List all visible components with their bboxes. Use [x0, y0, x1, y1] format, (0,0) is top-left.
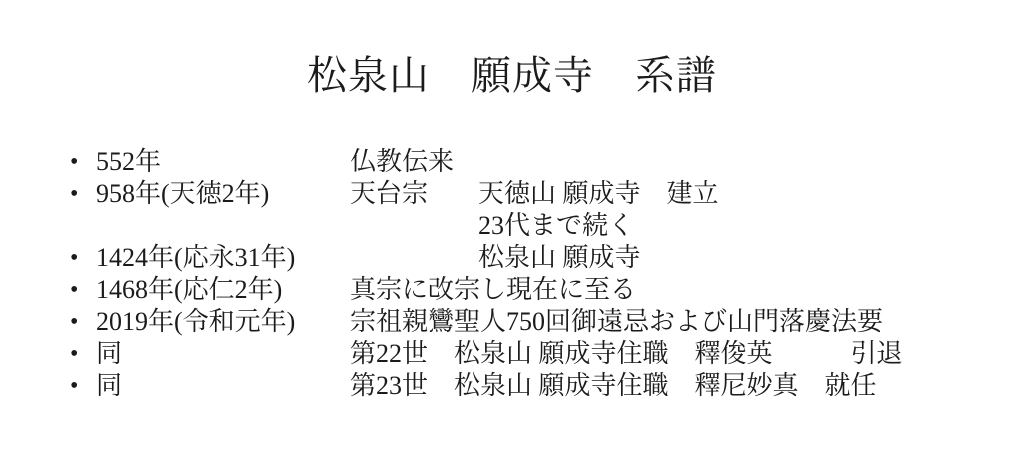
- timeline-detail: 松泉山 願成寺: [478, 243, 641, 272]
- timeline-list: • 552年 仏教伝来 • 958年(天徳2年) 天台宗天徳山 願成寺 建立 2…: [0, 146, 1024, 402]
- timeline-desc: 松泉山 願成寺: [350, 242, 1024, 274]
- timeline-sect: 天台宗: [350, 178, 478, 210]
- timeline-row: • 2019年(令和元年) 宗祖親鸞聖人750回御遠忌および山門落慶法要: [0, 306, 1024, 338]
- timeline-year: 同: [96, 370, 350, 402]
- timeline-row: • 1468年(応仁2年) 真宗に改宗し現在に至る: [0, 274, 1024, 306]
- bullet-marker: [70, 210, 96, 242]
- timeline-row: • 同 第22世 松泉山 願成寺住職 釋俊英 引退: [0, 338, 1024, 370]
- timeline-row: • 958年(天徳2年) 天台宗天徳山 願成寺 建立: [0, 178, 1024, 210]
- timeline-year: 958年(天徳2年): [96, 178, 350, 210]
- timeline-row: • 同 第23世 松泉山 願成寺住職 釋尼妙真 就任: [0, 370, 1024, 402]
- timeline-row: • 1424年(応永31年) 松泉山 願成寺: [0, 242, 1024, 274]
- timeline-row-continuation: 23代まで続く: [0, 210, 1024, 242]
- slide: 松泉山 願成寺 系譜 • 552年 仏教伝来 • 958年(天徳2年) 天台宗天…: [0, 0, 1024, 470]
- bullet-marker: •: [70, 242, 96, 274]
- timeline-detail: 23代まで続く: [478, 211, 634, 240]
- timeline-desc: 真宗に改宗し現在に至る: [350, 274, 1024, 306]
- bullet-marker: •: [70, 274, 96, 306]
- timeline-year: 同: [96, 338, 350, 370]
- timeline-year: 1468年(応仁2年): [96, 274, 350, 306]
- bullet-marker: •: [70, 306, 96, 338]
- timeline-year: 2019年(令和元年): [96, 306, 350, 338]
- timeline-desc: 宗祖親鸞聖人750回御遠忌および山門落慶法要: [350, 306, 1024, 338]
- bullet-marker: •: [70, 146, 96, 178]
- bullet-marker: •: [70, 338, 96, 370]
- bullet-marker: •: [70, 178, 96, 210]
- bullet-marker: •: [70, 370, 96, 402]
- timeline-desc: 仏教伝来: [350, 146, 1024, 178]
- timeline-year: [96, 210, 350, 242]
- timeline-desc: 第23世 松泉山 願成寺住職 釋尼妙真 就任: [350, 370, 1024, 402]
- page-title: 松泉山 願成寺 系譜: [0, 52, 1024, 100]
- timeline-detail: 天徳山 願成寺 建立: [478, 179, 719, 208]
- timeline-row: • 552年 仏教伝来: [0, 146, 1024, 178]
- timeline-year: 552年: [96, 146, 350, 178]
- timeline-desc: 23代まで続く: [350, 210, 1024, 242]
- timeline-year: 1424年(応永31年): [96, 242, 350, 274]
- timeline-desc: 第22世 松泉山 願成寺住職 釋俊英 引退: [350, 338, 1024, 370]
- timeline-desc: 天台宗天徳山 願成寺 建立: [350, 178, 1024, 210]
